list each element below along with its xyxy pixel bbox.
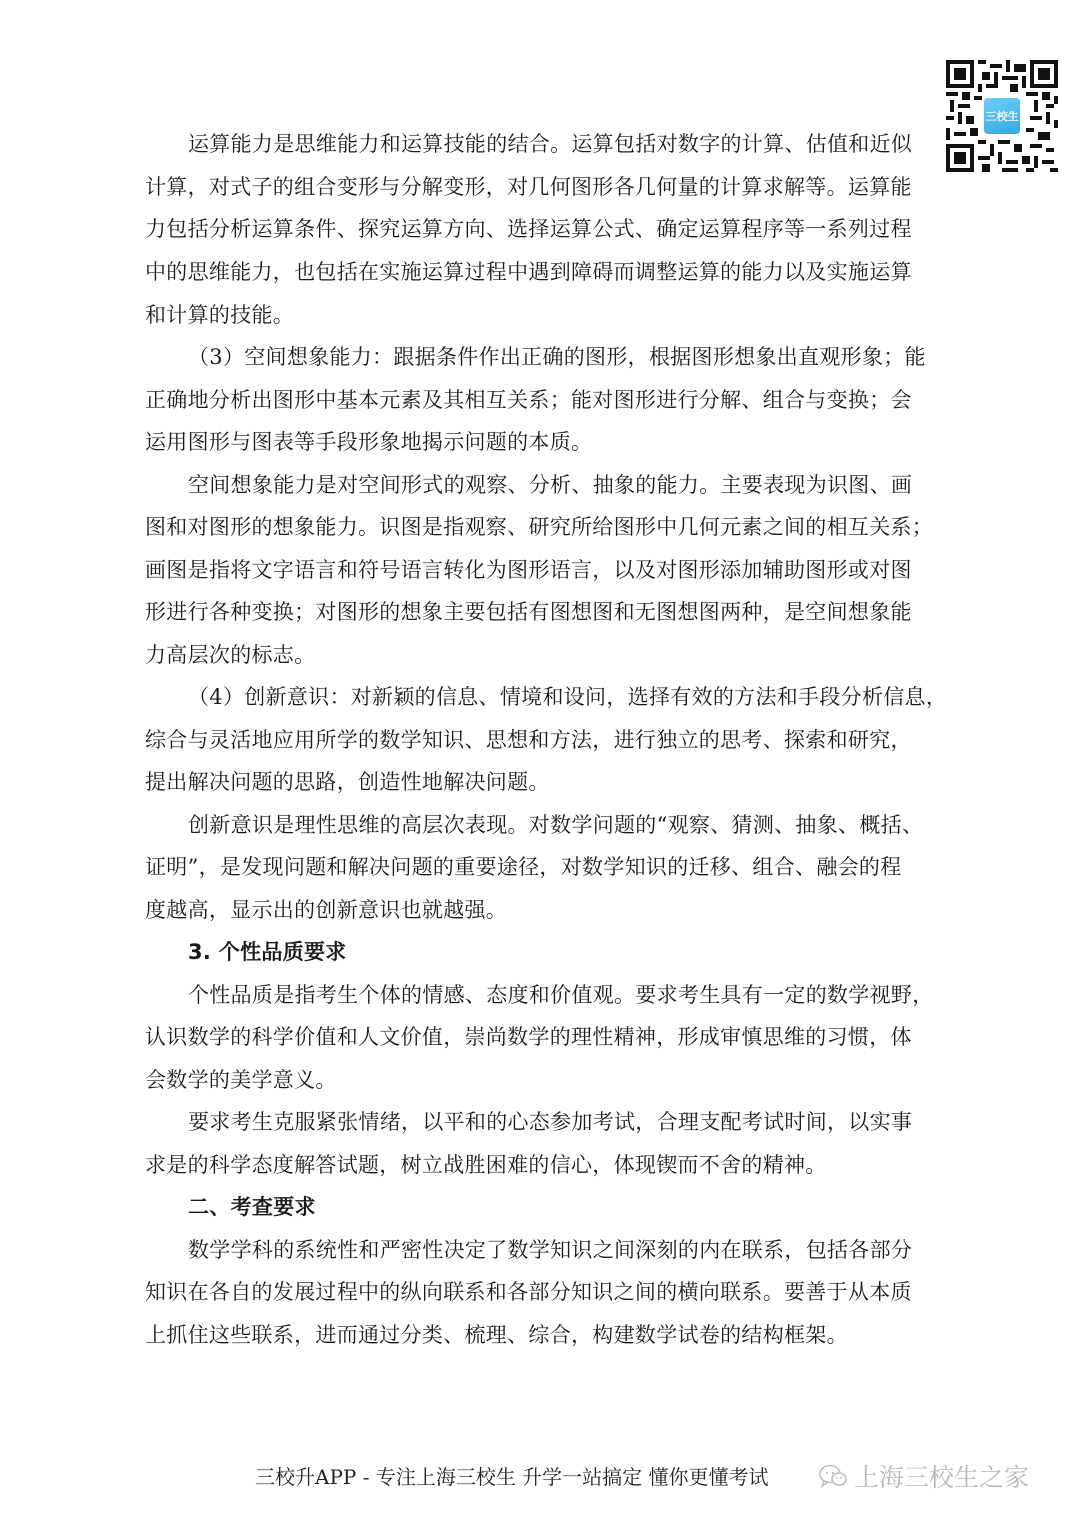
text-line: 运用图形与图表等手段形象地揭示问题的本质。 <box>145 427 935 457</box>
text-line: 综合与灵活地应用所学的数学知识、思想和方法，进行独立的思考、探索和研究， <box>145 725 935 755</box>
document-page: 三校生 运算能力是思维能力和运算技能的结合。运算包括对数字的计算、估值和近似计算… <box>0 0 1080 1527</box>
text-line: 知识在各自的发展过程中的纵向联系和各部分知识之间的横向联系。要善于从本质 <box>145 1277 935 1307</box>
text-line: 计算，对式子的组合变形与分解变形，对几何图形各几何量的计算求解等。运算能 <box>145 172 935 202</box>
text-line: 力高层次的标志。 <box>145 640 935 670</box>
text-line: 会数学的美学意义。 <box>145 1065 935 1095</box>
text-line: 提出解决问题的思路，创造性地解决问题。 <box>145 767 935 797</box>
text-line: 正确地分析出图形中基本元素及其相互关系；能对图形进行分解、组合与变换；会 <box>145 385 935 415</box>
footer-slogan: 三校升APP - 专注上海三校生 升学一站搞定 懂你更懂考试 <box>255 1460 769 1494</box>
text-line: 形进行各种变换；对图形的想象主要包括有图想图和无图想图两种，是空间想象能 <box>145 597 935 627</box>
text-line: （4）创新意识：对新颖的信息、情境和设问，选择有效的方法和手段分析信息， <box>188 682 933 712</box>
text-line: 度越高，显示出的创新意识也就越强。 <box>145 895 935 925</box>
text-line: 画图是指将文字语言和符号语言转化为图形语言，以及对图形添加辅助图形或对图 <box>145 555 935 585</box>
qr-logo: 三校生 <box>982 96 1022 136</box>
text-line: 要求考生克服紧张情绪，以平和的心态参加考试，合理支配考试时间，以实事 <box>188 1107 933 1137</box>
text-line: 空间想象能力是对空间形式的观察、分析、抽象的能力。主要表现为识图、画 <box>188 470 933 500</box>
text-line: 证明”，是发现问题和解决问题的重要途径，对数学知识的迁移、组合、融会的程 <box>145 852 935 882</box>
qr-code-icon: 三校生 <box>946 60 1058 172</box>
text-line: 认识数学的科学价值和人文价值，崇尚数学的理性精神，形成审慎思维的习惯，体 <box>145 1022 935 1052</box>
text-line: 力包括分析运算条件、探究运算方向、选择运算公式、确定运算程序等一系列过程 <box>145 214 935 244</box>
text-line: 上抓住这些联系，进而通过分类、梳理、综合，构建数学试卷的结构框架。 <box>145 1320 935 1350</box>
section-heading: 3. 个性品质要求 <box>188 937 933 967</box>
text-line: 数学学科的系统性和严密性决定了数学知识之间深刻的内在联系，包括各部分 <box>188 1235 933 1265</box>
wechat-icon <box>818 1463 848 1489</box>
text-line: 和计算的技能。 <box>145 300 935 330</box>
text-line: 创新意识是理性思维的高层次表现。对数学问题的“观察、猜测、抽象、概括、 <box>188 810 933 840</box>
text-line: 图和对图形的想象能力。识图是指观察、研究所给图形中几何元素之间的相互关系； <box>145 512 935 542</box>
text-line: 求是的科学态度解答试题，树立战胜困难的信心，体现锲而不舍的精神。 <box>145 1150 935 1180</box>
watermark: 上海三校生之家 <box>818 1456 1029 1496</box>
text-line: 中的思维能力，也包括在实施运算过程中遇到障碍而调整运算的能力以及实施运算 <box>145 257 935 287</box>
text-line: 运算能力是思维能力和运算技能的结合。运算包括对数字的计算、估值和近似 <box>188 129 933 159</box>
text-line: 个性品质是指考生个体的情感、态度和价值观。要求考生具有一定的数学视野， <box>188 980 933 1010</box>
section-heading: 二、考查要求 <box>188 1192 933 1222</box>
text-line: （3）空间想象能力：跟据条件作出正确的图形，根据图形想象出直观形象；能 <box>188 342 933 372</box>
watermark-text: 上海三校生之家 <box>854 1458 1029 1494</box>
